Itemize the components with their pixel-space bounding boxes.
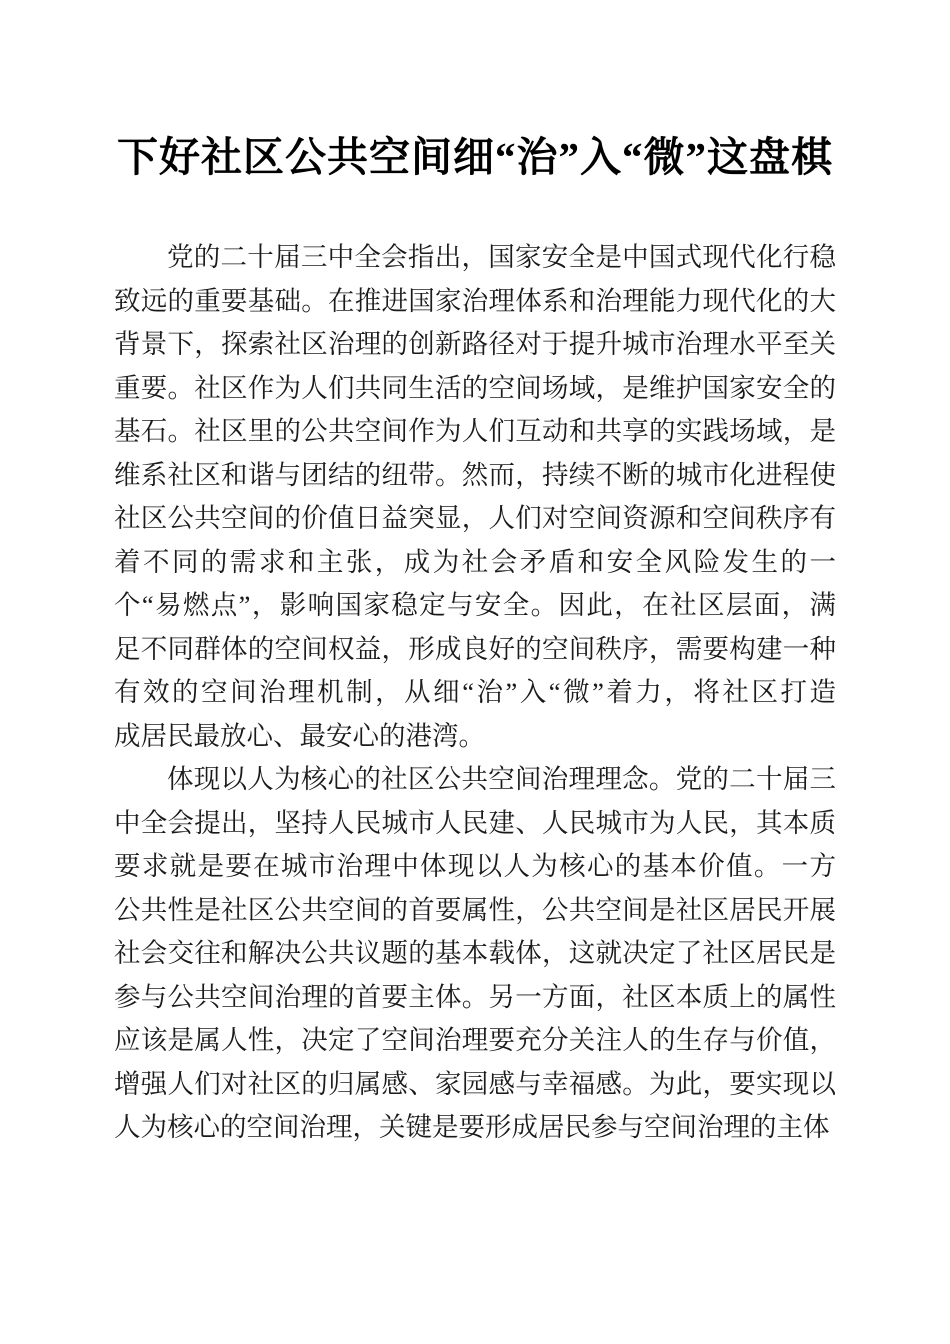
text-line: 着不同的需求和主张，成为社会矛盾和安全风险发生的一 — [114, 541, 836, 585]
text-line: 个“易燃点”，影响国家稳定与安全。因此，在社区层面，满 — [114, 584, 836, 628]
text-line: 应该是属人性，决定了空间治理要充分关注人的生存与价值， — [114, 1019, 836, 1063]
text-line: 要求就是要在城市治理中体现以人为核心的基本价值。一方面， — [114, 845, 836, 889]
text-line: 公共性是社区公共空间的首要属性，公共空间是社区居民开展 — [114, 889, 836, 933]
text-line: 有效的空间治理机制，从细“治”入“微”着力，将社区打造 — [114, 671, 836, 715]
document-body: 党的二十届三中全会指出，国家安全是中国式现代化行稳致远的重要基础。在推进国家治理… — [114, 236, 836, 1150]
text-line: 社区公共空间的价值日益突显，人们对空间资源和空间秩序有 — [114, 497, 836, 541]
text-line: 参与公共空间治理的首要主体。另一方面，社区本质上的属性 — [114, 976, 836, 1020]
text-line: 社会交往和解决公共议题的基本载体，这就决定了社区居民是 — [114, 932, 836, 976]
text-line: 人为核心的空间治理，关键是要形成居民参与空间治理的主体 — [114, 1106, 836, 1150]
text-line: 党的二十届三中全会指出，国家安全是中国式现代化行稳 — [114, 236, 836, 280]
text-line: 基石。社区里的公共空间作为人们互动和共享的实践场域，是 — [114, 410, 836, 454]
text-line: 中全会提出，坚持人民城市人民建、人民城市为人民，其本质 — [114, 802, 836, 846]
text-line: 成居民最放心、最安心的港湾。 — [114, 715, 836, 759]
text-line: 重要。社区作为人们共同生活的空间场域，是维护国家安全的 — [114, 367, 836, 411]
text-line: 背景下，探索社区治理的创新路径对于提升城市治理水平至关 — [114, 323, 836, 367]
document-page: 下好社区公共空间细“治”入“微”这盘棋 党的二十届三中全会指出，国家安全是中国式… — [0, 0, 950, 1344]
document-title: 下好社区公共空间细“治”入“微”这盘棋 — [0, 126, 950, 188]
text-line: 致远的重要基础。在推进国家治理体系和治理能力现代化的大 — [114, 280, 836, 324]
text-line: 维系社区和谐与团结的纽带。然而，持续不断的城市化进程使 — [114, 454, 836, 498]
text-line: 体现以人为核心的社区公共空间治理理念。党的二十届三 — [114, 758, 836, 802]
text-line: 足不同群体的空间权益，形成良好的空间秩序，需要构建一种 — [114, 628, 836, 672]
text-line: 增强人们对社区的归属感、家园感与幸福感。为此，要实现以 — [114, 1063, 836, 1107]
